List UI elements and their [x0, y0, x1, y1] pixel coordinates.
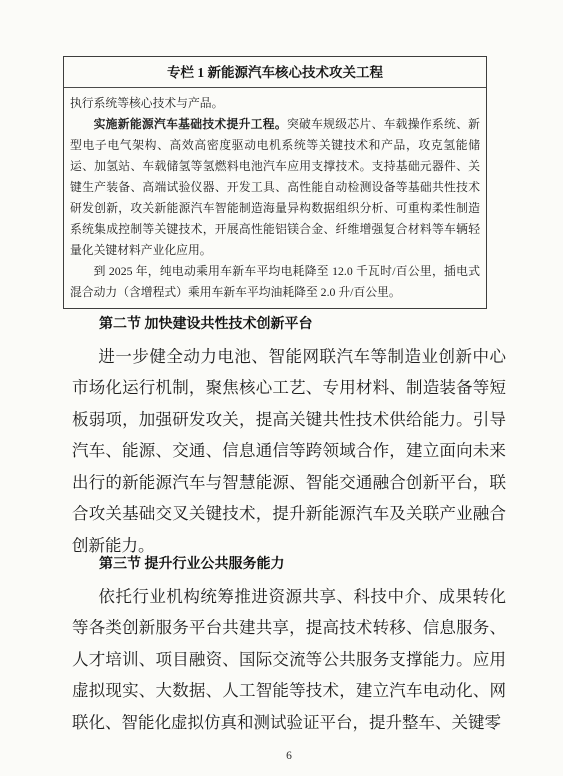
document-section: 第二节 加快建设共性技术创新平台进一步健全动力电池、智能网联汽车等制造业创新中心…: [72, 309, 506, 561]
special-column-box: 专栏 1 新能源汽车核心技术攻关工程 执行系统等核心技术与产品。实施新能源汽车基…: [63, 56, 487, 309]
box-body: 执行系统等核心技术与产品。实施新能源汽车基础技术提升工程。突破车规级芯片、车载操…: [64, 88, 486, 308]
box-paragraph: 实施新能源汽车基础技术提升工程。突破车规级芯片、车载操作系统、新型电子电气架构、…: [70, 114, 480, 261]
box-text-run: 突破车规级芯片、车载操作系统、新型电子电气架构、高效高密度驱动电机系统等关键技术…: [70, 117, 480, 257]
section-heading: 第二节 加快建设共性技术创新平台: [72, 309, 506, 341]
box-text-run: 到 2025 年，纯电动乘用车新车平均电耗降至 12.0 千瓦时/百公里，插电式…: [70, 264, 480, 299]
section-heading: 第三节 提升行业公共服务能力: [72, 549, 506, 581]
box-title: 专栏 1 新能源汽车核心技术攻关工程: [64, 57, 486, 88]
document-page: 专栏 1 新能源汽车核心技术攻关工程 执行系统等核心技术与产品。实施新能源汽车基…: [0, 0, 563, 776]
body-paragraph: 依托行业机构统筹推进资源共享、科技中介、成果转化等各类创新服务平台共建共享，提高…: [72, 581, 506, 739]
document-section: 第三节 提升行业公共服务能力依托行业机构统筹推进资源共享、科技中介、成果转化等各…: [72, 549, 506, 738]
box-lead-bold-text: 实施新能源汽车基础技术提升工程。: [94, 117, 287, 131]
document-body: 第二节 加快建设共性技术创新平台进一步健全动力电池、智能网联汽车等制造业创新中心…: [72, 309, 506, 738]
body-paragraph: 进一步健全动力电池、智能网联汽车等制造业创新中心市场化运行机制，聚焦核心工艺、专…: [72, 341, 506, 562]
box-paragraph: 执行系统等核心技术与产品。: [70, 93, 480, 114]
page-number: 6: [72, 750, 506, 762]
box-text-run: 执行系统等核心技术与产品。: [70, 96, 223, 110]
box-paragraph: 到 2025 年，纯电动乘用车新车平均电耗降至 12.0 千瓦时/百公里，插电式…: [70, 261, 480, 303]
